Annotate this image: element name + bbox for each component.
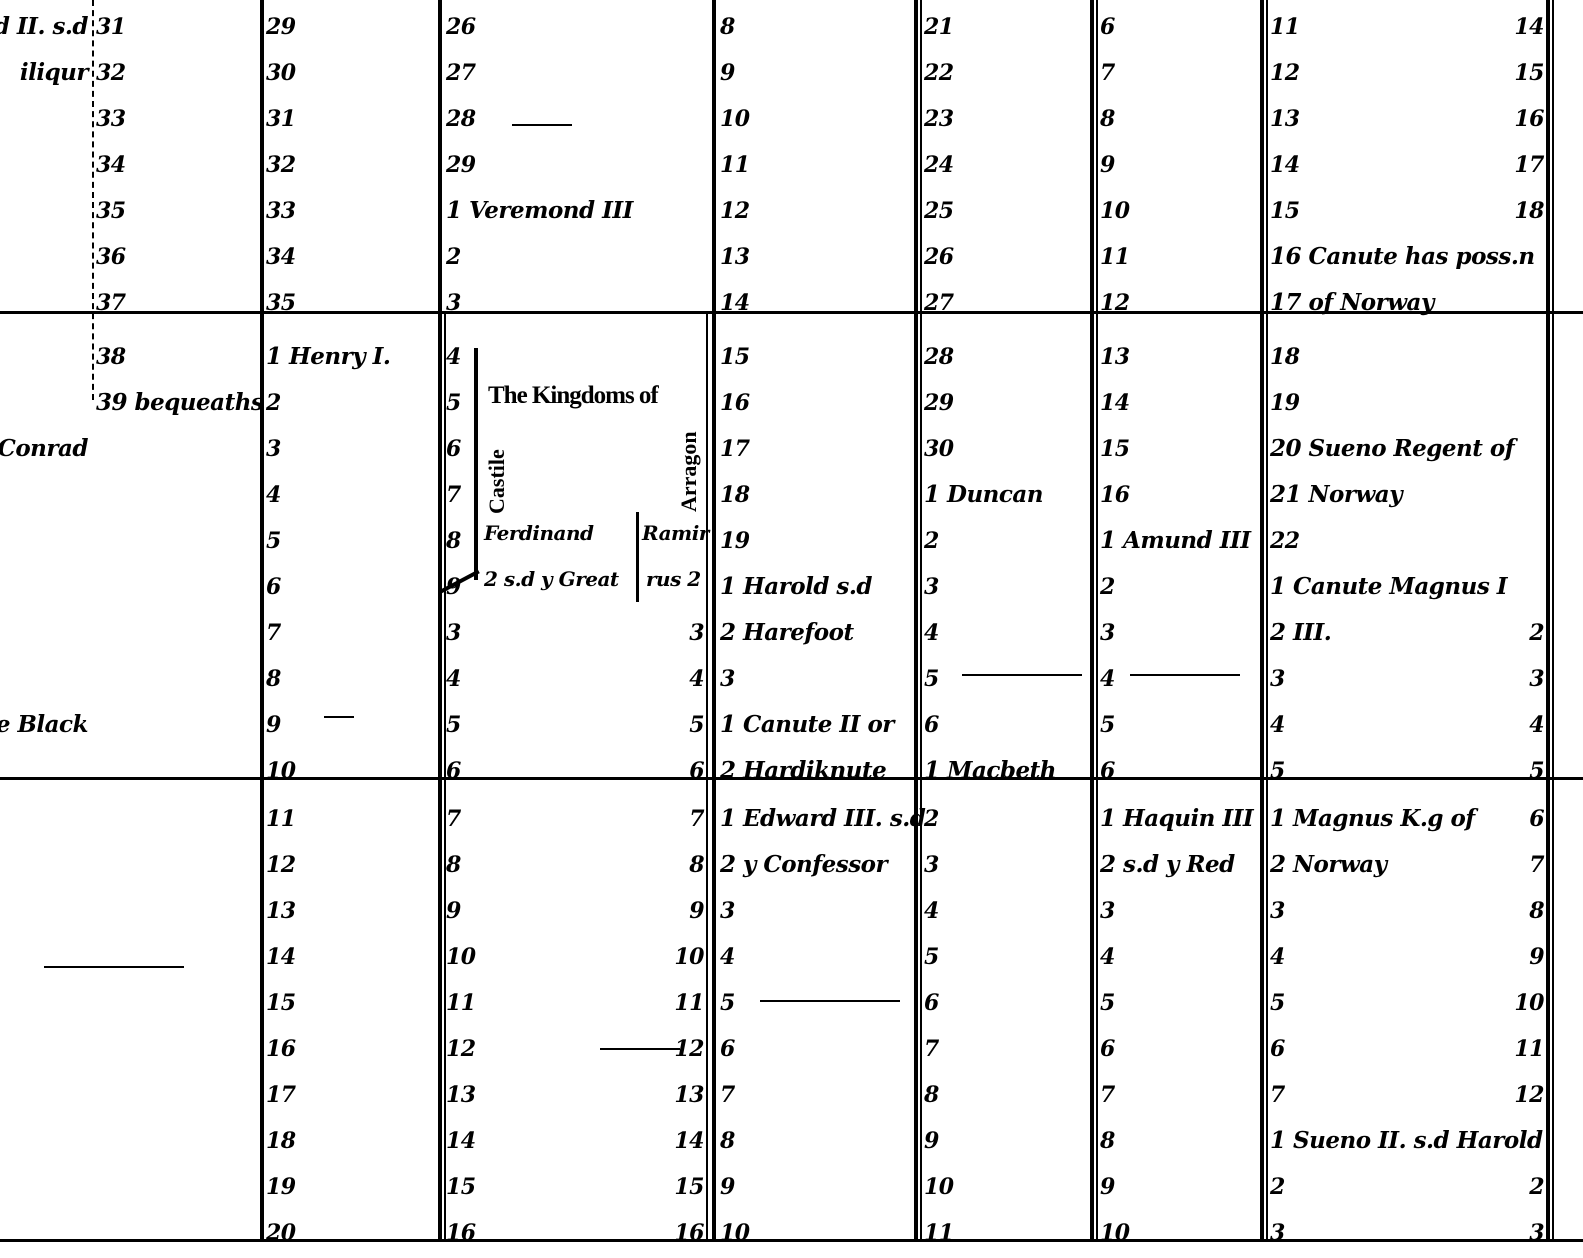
- table-cell-c3r-bottom-4: 11: [674, 990, 704, 1016]
- leader-dash: [44, 966, 184, 968]
- table-cell-c6-bottom-1: 2 s.d y Red: [1100, 852, 1235, 878]
- table-cell-c0-mid-2: his kingd. to Conrad: [0, 436, 88, 462]
- table-cell-c4-mid-1: 16: [720, 390, 750, 416]
- table-cell-c6-top-4: 10: [1100, 198, 1130, 224]
- table-cell-c7r-mid-6: 2: [1529, 620, 1544, 646]
- table-cell-c2-top-4: 33: [266, 198, 296, 224]
- table-cell-c3-mid-5: 9: [446, 574, 461, 600]
- table-cell-c5-bottom-1: 3: [924, 852, 939, 878]
- table-cell-c5-bottom-6: 8: [924, 1082, 939, 1108]
- leader-dash: [512, 124, 572, 126]
- table-cell-c6-bottom-8: 9: [1100, 1174, 1115, 1200]
- table-cell-c7-mid-8: 4: [1270, 712, 1285, 738]
- table-cell-c1-top-4: 35: [96, 198, 126, 224]
- table-cell-c2-mid-5: 6: [266, 574, 281, 600]
- table-cell-c3-bottom-5: 12: [446, 1036, 476, 1062]
- table-cell-c0-mid-8: ry III. s.d the Black: [0, 712, 88, 738]
- table-cell-c7-bottom-9: 3: [1270, 1220, 1285, 1246]
- castile-king-line1: Ferdinand: [484, 520, 593, 546]
- table-cell-c7r-mid-9: 5: [1529, 758, 1544, 784]
- table-cell-c6-mid-9: 6: [1100, 758, 1115, 784]
- table-cell-c3-bottom-2: 9: [446, 898, 461, 924]
- table-cell-c7r-bottom-8: 2: [1529, 1174, 1544, 1200]
- table-cell-c3-mid-9: 6: [446, 758, 461, 784]
- table-cell-c7-mid-3: 21 Norway: [1270, 482, 1402, 508]
- column-rule-5b: [920, 0, 922, 1242]
- table-cell-c6-top-6: 12: [1100, 290, 1130, 316]
- table-cell-c3r-mid-8: 5: [689, 712, 704, 738]
- table-cell-c3-top-4: 1 Veremond III: [446, 198, 633, 224]
- castile-king-line2: 2 s.d y Great: [484, 566, 619, 592]
- table-cell-c5-top-1: 22: [924, 60, 954, 86]
- table-cell-c3r-bottom-8: 15: [674, 1174, 704, 1200]
- table-cell-c5-mid-6: 4: [924, 620, 939, 646]
- table-cell-c2-top-3: 32: [266, 152, 296, 178]
- chronological-table-page: The Kingdoms of Castile Arragon Ferdinan…: [0, 0, 1583, 1258]
- table-cell-c5-mid-3: 1 Duncan: [924, 482, 1043, 508]
- table-cell-c3r-mid-9: 6: [689, 758, 704, 784]
- table-cell-c7r-mid-8: 4: [1529, 712, 1544, 738]
- table-cell-c6-mid-0: 13: [1100, 344, 1130, 370]
- table-cell-c7r-bottom-1: 7: [1529, 852, 1544, 878]
- table-cell-c6-top-3: 9: [1100, 152, 1115, 178]
- table-cell-c2-bottom-0: 11: [266, 806, 296, 832]
- table-cell-c5-bottom-8: 10: [924, 1174, 954, 1200]
- kingdoms-arragon-label: Arragon: [676, 431, 702, 512]
- column-rule-1: [92, 0, 94, 400]
- table-cell-c7r-bottom-0: 6: [1529, 806, 1544, 832]
- table-cell-c7-top-4: 15: [1270, 198, 1300, 224]
- table-cell-c7-mid-1: 19: [1270, 390, 1300, 416]
- table-cell-c7r-bottom-2: 8: [1529, 898, 1544, 924]
- table-cell-c7-bottom-2: 3: [1270, 898, 1285, 924]
- table-cell-c7-bottom-8: 2: [1270, 1174, 1285, 1200]
- table-cell-c2-top-6: 35: [266, 290, 296, 316]
- table-cell-c5-mid-8: 6: [924, 712, 939, 738]
- table-cell-c2-mid-3: 4: [266, 482, 281, 508]
- section-divider-bottom: [0, 1239, 1583, 1242]
- table-cell-c4-top-2: 10: [720, 106, 750, 132]
- column-rule-7b: [1266, 0, 1268, 1242]
- table-cell-c5-top-0: 21: [924, 14, 954, 40]
- kingdoms-title: The Kingdoms of: [488, 382, 658, 410]
- table-cell-c3-mid-2: 6: [446, 436, 461, 462]
- table-cell-c1-mid-0: 38: [96, 344, 126, 370]
- table-cell-c3-mid-8: 5: [446, 712, 461, 738]
- table-cell-c3-mid-6: 3: [446, 620, 461, 646]
- table-cell-c2-top-5: 34: [266, 244, 296, 270]
- leader-dash: [600, 1048, 680, 1050]
- table-cell-c4-mid-3: 18: [720, 482, 750, 508]
- table-cell-c4-mid-8: 1 Canute II or: [720, 712, 894, 738]
- table-cell-c7-mid-7: 3: [1270, 666, 1285, 692]
- table-cell-c4-bottom-0: 1 Edward III. s.d: [720, 806, 925, 832]
- table-cell-c4-top-6: 14: [720, 290, 750, 316]
- table-cell-c7-mid-6: 2 III.: [1270, 620, 1331, 646]
- table-cell-c4-mid-9: 2 Hardiknute: [720, 758, 886, 784]
- table-cell-c5-top-5: 26: [924, 244, 954, 270]
- table-cell-c3r-bottom-9: 16: [674, 1220, 704, 1246]
- table-cell-c2-bottom-9: 20: [266, 1220, 296, 1246]
- table-cell-c7-mid-9: 5: [1270, 758, 1285, 784]
- table-cell-c7r-bottom-3: 9: [1529, 944, 1544, 970]
- table-cell-c3-top-5: 2: [446, 244, 461, 270]
- leader-dash: [1130, 674, 1240, 676]
- table-cell-c1-top-0: 31: [96, 14, 126, 40]
- table-cell-c3r-mid-7: 4: [689, 666, 704, 692]
- table-cell-c7-top-0: 11: [1270, 14, 1300, 40]
- table-cell-c3r-bottom-6: 13: [674, 1082, 704, 1108]
- table-cell-c6-top-1: 7: [1100, 60, 1115, 86]
- table-cell-c7-top-3: 14: [1270, 152, 1300, 178]
- table-cell-c7r-top-0: 14: [1514, 14, 1544, 40]
- table-cell-c6-bottom-4: 5: [1100, 990, 1115, 1016]
- table-cell-c7-bottom-5: 6: [1270, 1036, 1285, 1062]
- table-cell-c2-mid-7: 8: [266, 666, 281, 692]
- table-cell-c4-mid-6: 2 Harefoot: [720, 620, 854, 646]
- table-cell-c6-mid-2: 15: [1100, 436, 1130, 462]
- table-cell-c4-bottom-1: 2 y Confessor: [720, 852, 887, 878]
- table-cell-c4-bottom-3: 4: [720, 944, 735, 970]
- table-cell-c3r-bottom-2: 9: [689, 898, 704, 924]
- table-cell-c5-top-6: 27: [924, 290, 954, 316]
- column-rule-4: [712, 0, 716, 1242]
- leader-dash: [324, 716, 354, 718]
- table-cell-c5-bottom-3: 5: [924, 944, 939, 970]
- kingdoms-divider: [636, 512, 639, 602]
- column-rule-5: [914, 0, 918, 1242]
- table-cell-c2-bottom-7: 18: [266, 1128, 296, 1154]
- table-cell-c7-mid-0: 18: [1270, 344, 1300, 370]
- table-cell-c3-mid-7: 4: [446, 666, 461, 692]
- table-cell-c6-mid-4: 1 Amund III: [1100, 528, 1251, 554]
- table-cell-c4-mid-7: 3: [720, 666, 735, 692]
- table-cell-c2-top-2: 31: [266, 106, 296, 132]
- table-cell-c7r-top-3: 17: [1514, 152, 1544, 178]
- table-cell-c5-bottom-9: 11: [924, 1220, 954, 1246]
- table-cell-c4-bottom-8: 9: [720, 1174, 735, 1200]
- table-cell-c6-top-0: 6: [1100, 14, 1115, 40]
- table-cell-c7-top-5: 16 Canute has poss.n: [1270, 244, 1535, 270]
- table-cell-c6-bottom-5: 6: [1100, 1036, 1115, 1062]
- table-cell-c3r-bottom-3: 10: [674, 944, 704, 970]
- table-cell-c7r-bottom-4: 10: [1514, 990, 1544, 1016]
- table-cell-c7-mid-2: 20 Sueno Regent of: [1270, 436, 1514, 462]
- table-cell-c4-mid-4: 19: [720, 528, 750, 554]
- table-cell-c6-bottom-3: 4: [1100, 944, 1115, 970]
- table-cell-c0-top-1: iliqur: [20, 60, 88, 86]
- table-cell-c5-mid-5: 3: [924, 574, 939, 600]
- table-cell-c7-bottom-7: 1 Sueno II. s.d Harold: [1270, 1128, 1543, 1154]
- kingdoms-bracket-left: [474, 348, 478, 580]
- table-cell-c5-mid-1: 29: [924, 390, 954, 416]
- table-cell-c5-mid-0: 28: [924, 344, 954, 370]
- table-cell-c2-top-0: 29: [266, 14, 296, 40]
- table-cell-c2-bottom-6: 17: [266, 1082, 296, 1108]
- table-cell-c2-mid-4: 5: [266, 528, 281, 554]
- table-cell-c4-bottom-4: 5: [720, 990, 735, 1016]
- column-rule-7: [1260, 0, 1264, 1242]
- table-cell-c3-bottom-1: 8: [446, 852, 461, 878]
- table-cell-c4-top-4: 12: [720, 198, 750, 224]
- table-cell-c4-bottom-2: 3: [720, 898, 735, 924]
- table-cell-c7-mid-5: 1 Canute Magnus I: [1270, 574, 1507, 600]
- column-rule-2: [260, 0, 264, 1242]
- table-cell-c5-bottom-7: 9: [924, 1128, 939, 1154]
- table-cell-c5-bottom-0: 2: [924, 806, 939, 832]
- table-cell-c3-mid-0: 4: [446, 344, 461, 370]
- table-cell-c3-bottom-7: 14: [446, 1128, 476, 1154]
- table-cell-c1-top-1: 32: [96, 60, 126, 86]
- table-cell-c3-bottom-4: 11: [446, 990, 476, 1016]
- table-cell-c3r-bottom-0: 7: [689, 806, 704, 832]
- column-rule-3: [438, 0, 442, 1242]
- table-cell-c4-bottom-9: 10: [720, 1220, 750, 1246]
- table-cell-c3r-mid-6: 3: [689, 620, 704, 646]
- table-cell-c7-bottom-6: 7: [1270, 1082, 1285, 1108]
- table-cell-c7-bottom-4: 5: [1270, 990, 1285, 1016]
- column-rule-6: [1090, 0, 1094, 1242]
- table-cell-c1-top-6: 37: [96, 290, 126, 316]
- table-cell-c6-mid-1: 14: [1100, 390, 1130, 416]
- table-cell-c3r-bottom-5: 12: [674, 1036, 704, 1062]
- table-cell-c2-bottom-4: 15: [266, 990, 296, 1016]
- table-cell-c3-top-2: 28: [446, 106, 476, 132]
- column-rule-6b: [1096, 0, 1098, 1242]
- column-rule-8: [1546, 0, 1550, 1242]
- table-cell-c2-mid-0: 1 Henry I.: [266, 344, 390, 370]
- table-cell-c7-top-6: 17 of Norway: [1270, 290, 1434, 316]
- table-cell-c4-bottom-6: 7: [720, 1082, 735, 1108]
- table-cell-c7-bottom-3: 4: [1270, 944, 1285, 970]
- table-cell-c2-mid-9: 10: [266, 758, 296, 784]
- table-cell-c4-top-3: 11: [720, 152, 750, 178]
- table-cell-c6-top-2: 8: [1100, 106, 1115, 132]
- table-cell-c3-bottom-3: 10: [446, 944, 476, 970]
- table-cell-c1-mid-1: 39 bequeaths: [96, 390, 263, 416]
- table-cell-c5-mid-2: 30: [924, 436, 954, 462]
- leader-dash: [962, 674, 1082, 676]
- table-cell-c6-mid-3: 16: [1100, 482, 1130, 508]
- table-cell-c2-bottom-8: 19: [266, 1174, 296, 1200]
- table-cell-c2-bottom-1: 12: [266, 852, 296, 878]
- table-cell-c7-top-1: 12: [1270, 60, 1300, 86]
- column-rule-8b: [1552, 0, 1554, 1242]
- table-cell-c5-top-4: 25: [924, 198, 954, 224]
- table-cell-c7r-bottom-5: 11: [1514, 1036, 1544, 1062]
- kingdoms-castile-label: Castile: [484, 449, 510, 514]
- table-cell-c7-top-2: 13: [1270, 106, 1300, 132]
- table-cell-c7r-top-1: 15: [1514, 60, 1544, 86]
- table-cell-c2-mid-1: 2: [266, 390, 281, 416]
- table-cell-c1-top-3: 34: [96, 152, 126, 178]
- table-cell-c7r-top-4: 18: [1514, 198, 1544, 224]
- table-cell-c0-top-0: rad II. s.d: [0, 14, 88, 40]
- table-cell-c5-top-3: 24: [924, 152, 954, 178]
- table-cell-c2-top-1: 30: [266, 60, 296, 86]
- table-cell-c4-top-1: 9: [720, 60, 735, 86]
- table-cell-c2-mid-8: 9: [266, 712, 281, 738]
- table-cell-c7r-bottom-6: 12: [1514, 1082, 1544, 1108]
- table-cell-c4-mid-2: 17: [720, 436, 750, 462]
- table-cell-c6-bottom-6: 7: [1100, 1082, 1115, 1108]
- table-cell-c6-bottom-2: 3: [1100, 898, 1115, 924]
- table-cell-c6-mid-5: 2: [1100, 574, 1115, 600]
- table-cell-c5-mid-9: 1 Macbeth: [924, 758, 1056, 784]
- table-cell-c6-mid-7: 4: [1100, 666, 1115, 692]
- arragon-king-line2: rus 2: [646, 566, 701, 592]
- table-cell-c3-top-3: 29: [446, 152, 476, 178]
- table-cell-c5-bottom-2: 4: [924, 898, 939, 924]
- table-cell-c5-bottom-4: 6: [924, 990, 939, 1016]
- table-cell-c7-mid-4: 22: [1270, 528, 1300, 554]
- table-cell-c3-mid-1: 5: [446, 390, 461, 416]
- table-cell-c2-bottom-5: 16: [266, 1036, 296, 1062]
- table-cell-c2-mid-2: 3: [266, 436, 281, 462]
- table-cell-c6-mid-8: 5: [1100, 712, 1115, 738]
- table-cell-c3-top-6: 3: [446, 290, 461, 316]
- table-cell-c7r-top-2: 16: [1514, 106, 1544, 132]
- table-cell-c3-top-0: 26: [446, 14, 476, 40]
- table-cell-c1-top-2: 33: [96, 106, 126, 132]
- table-cell-c7r-bottom-9: 3: [1529, 1220, 1544, 1246]
- table-cell-c2-bottom-2: 13: [266, 898, 296, 924]
- leader-dash: [760, 1000, 900, 1002]
- table-cell-c3-bottom-8: 15: [446, 1174, 476, 1200]
- table-cell-c4-mid-5: 1 Harold s.d: [720, 574, 872, 600]
- table-cell-c4-top-0: 8: [720, 14, 735, 40]
- table-cell-c2-bottom-3: 14: [266, 944, 296, 970]
- table-cell-c3-bottom-0: 7: [446, 806, 461, 832]
- table-cell-c3-bottom-9: 16: [446, 1220, 476, 1246]
- table-cell-c4-top-5: 13: [720, 244, 750, 270]
- table-cell-c7-bottom-1: 2 Norway: [1270, 852, 1387, 878]
- table-cell-c6-bottom-9: 10: [1100, 1220, 1130, 1246]
- table-cell-c3-mid-4: 8: [446, 528, 461, 554]
- table-cell-c6-top-5: 11: [1100, 244, 1130, 270]
- table-cell-c3-bottom-6: 13: [446, 1082, 476, 1108]
- table-cell-c2-mid-6: 7: [266, 620, 281, 646]
- table-cell-c3r-bottom-7: 14: [674, 1128, 704, 1154]
- table-cell-c3r-bottom-1: 8: [689, 852, 704, 878]
- table-cell-c7r-mid-7: 3: [1529, 666, 1544, 692]
- table-cell-c4-mid-0: 15: [720, 344, 750, 370]
- arragon-king-line1: Ramir: [642, 520, 709, 546]
- table-cell-c3-mid-3: 7: [446, 482, 461, 508]
- table-cell-c5-bottom-5: 7: [924, 1036, 939, 1062]
- table-cell-c5-mid-4: 2: [924, 528, 939, 554]
- table-cell-c4-bottom-5: 6: [720, 1036, 735, 1062]
- table-cell-c5-mid-7: 5: [924, 666, 939, 692]
- table-cell-c6-mid-6: 3: [1100, 620, 1115, 646]
- table-cell-c6-bottom-0: 1 Haquin III: [1100, 806, 1253, 832]
- table-cell-c3-top-1: 27: [446, 60, 476, 86]
- table-cell-c4-bottom-7: 8: [720, 1128, 735, 1154]
- table-cell-c6-bottom-7: 8: [1100, 1128, 1115, 1154]
- table-cell-c7-bottom-0: 1 Magnus K.g of: [1270, 806, 1475, 832]
- table-cell-c5-top-2: 23: [924, 106, 954, 132]
- table-cell-c1-top-5: 36: [96, 244, 126, 270]
